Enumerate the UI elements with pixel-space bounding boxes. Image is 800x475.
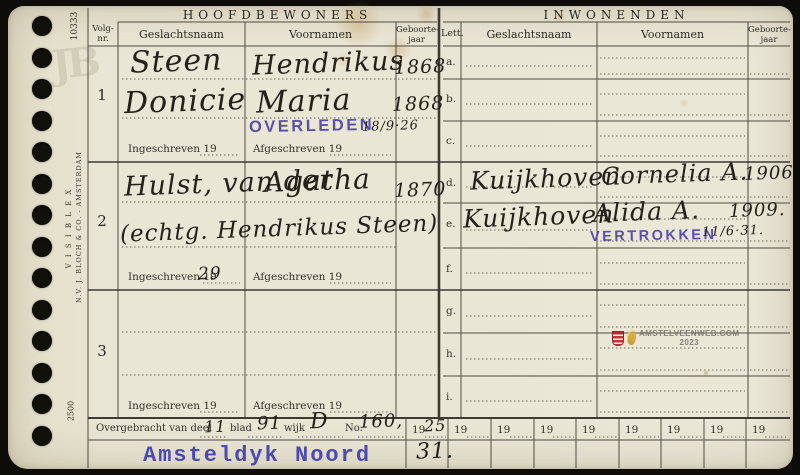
overleden-stamp: OVERLEDEN [249, 116, 375, 137]
ingeschreven-year-2: 29 [198, 264, 222, 285]
year-cell-label: 19 [454, 424, 467, 436]
hw-firstname-2a: Agatha [263, 162, 371, 199]
transfer-deel-value: 11 [204, 417, 227, 437]
vertrokken-date: 11/6·31. [702, 223, 764, 240]
watermark-lion-icon [625, 329, 637, 346]
header-geboortejaar-right: Geboorte- jaar [748, 26, 790, 45]
hw-lodger-surname-d: Kuijkhoven [470, 161, 622, 195]
header-geboortejaar-left: Geboorte- jaar [396, 26, 437, 45]
lett-e: e. [446, 218, 456, 230]
hw-surname-1a: Steen [129, 42, 223, 80]
hw-birthyear-1a: 1868 [394, 55, 447, 79]
header-voornamen-left: Voornamen [245, 28, 396, 41]
address-stamp: Amsteldyk Noord [143, 443, 371, 468]
hoofdbewoners-title: HOOFDBEWONERS [118, 8, 437, 22]
header-geslachtsnaam-left: Geslachtsnaam [118, 28, 245, 41]
transfer-no-value: 160, [359, 410, 404, 433]
lett-a: a. [446, 56, 456, 68]
afgeschreven-label-3: Afgeschreven 19 [253, 400, 342, 412]
lett-b: b. [446, 93, 456, 105]
site-watermark: AMSTELVEENWEB.COM 2023 [612, 329, 739, 347]
header-volgnr: Volg- nr. [88, 25, 118, 44]
hw-surname-1b: Donicie [123, 82, 246, 121]
hw-birthyear-1b: 1868 [392, 92, 445, 116]
watermark-text: AMSTELVEENWEB.COM 2023 [639, 329, 739, 347]
hw-firstname-1a: Hendrikus [252, 45, 405, 81]
lett-c: c. [446, 135, 455, 147]
hw-birthyear-2a: 1870 [394, 178, 447, 202]
transfer-wijk-label: wijk [284, 423, 305, 434]
afgeschreven-label-1: Afgeschreven 19 [253, 143, 342, 155]
overleden-date: 18/9·26 [362, 118, 419, 135]
year-cell-label: 19 [667, 424, 680, 436]
vertrokken-stamp: VERTROKKEN [590, 227, 717, 245]
hw-lodger-birthyear-e: 1909. [729, 199, 786, 222]
watermark-shield-icon [612, 331, 624, 346]
ingeschreven-label-3: Ingeschreven 19 [128, 400, 217, 412]
house-number: 31. [416, 438, 455, 464]
year-cell-label: 19 [710, 424, 723, 436]
inwonenden-title: INWONENDEN [443, 8, 790, 22]
transfer-wijk-value: D [310, 409, 330, 435]
hw-lodger-firstname-e: Alida A. [593, 195, 701, 228]
transfer-blad-label: blad [230, 423, 252, 434]
row-number-1: 1 [92, 86, 112, 104]
lett-i: i. [446, 391, 453, 403]
row-number-2: 2 [92, 212, 112, 230]
lett-f: f. [446, 263, 453, 275]
transfer-blad-value: 91 [257, 413, 283, 435]
year-cell-label: 19 [540, 424, 553, 436]
lett-g: g. [446, 305, 456, 317]
ingeschreven-label-1: Ingeschreven 19 [128, 143, 217, 155]
lett-h: h. [446, 348, 456, 360]
hw-lodger-firstname-d: Cornelia A. [601, 157, 749, 190]
hw-lodger-birthyear-d: 1906 [744, 162, 795, 185]
year-cell-label: 19 [625, 424, 638, 436]
year-cell-label: 19 [752, 424, 765, 436]
lett-d: d. [446, 177, 456, 189]
row-number-3: 3 [92, 342, 112, 360]
hw-firstname-1b: Maria [255, 82, 352, 120]
year-cell-label: 19 [497, 424, 510, 436]
transfer-label: Overgebracht van deel [96, 423, 212, 434]
header-voornamen-right: Voornamen [597, 28, 748, 41]
afgeschreven-label-2: Afgeschreven 19 [253, 271, 342, 283]
scanned-register-card: JB 10333 V I S I B L E X N.V. J. BLOCH &… [0, 0, 800, 475]
header-geslachtsnaam-right: Geslachtsnaam [461, 28, 597, 41]
header-lett: Lett. [441, 28, 463, 39]
year-cell-label: 19 [582, 424, 595, 436]
year-cell-value: 25 [424, 416, 447, 436]
